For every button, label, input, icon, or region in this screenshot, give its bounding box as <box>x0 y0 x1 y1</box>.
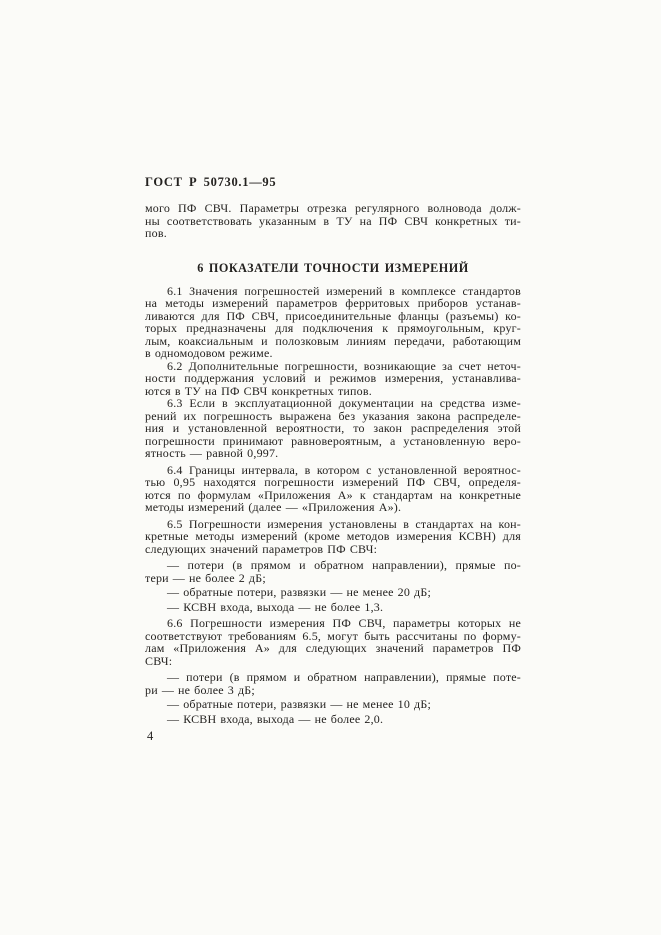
text-line: торых предназначены для подключения к пр… <box>145 322 521 335</box>
text-line: следующих значений параметров ПФ СВЧ: <box>145 543 521 556</box>
text-line: ния и установленной вероятности, то зако… <box>145 422 521 435</box>
text-line: — КСВН входа, выхода — не более 2,0. <box>145 713 521 726</box>
list-item-vswr-2-0: — КСВН входа, выхода — не более 2,0. <box>145 713 521 726</box>
text-line: ности поддержания условий и режимов изме… <box>145 372 521 385</box>
text-line: ятность — равной 0,997. <box>145 447 521 460</box>
list-item-losses-2db: — потери (в прямом и обратном направлени… <box>145 559 521 584</box>
text-line: — обратные потери, развязки — не менее 1… <box>145 698 521 711</box>
section-heading: 6 ПОКАЗАТЕЛИ ТОЧНОСТИ ИЗМЕРЕНИЙ <box>145 262 521 275</box>
document-body: мого ПФ СВЧ. Параметры отрезка регулярно… <box>145 202 521 725</box>
list-item-return-loss-20db: — обратные потери, развязки — не менее 2… <box>145 586 521 599</box>
text-line: 6.6 Погрешности измерения ПФ СВЧ, параме… <box>145 617 521 630</box>
text-line: методы измерений (далее — «Приложения А»… <box>145 501 521 514</box>
page-number: 4 <box>147 729 153 744</box>
paragraph-continuation: мого ПФ СВЧ. Параметры отрезка регулярно… <box>145 202 521 240</box>
text-line: на методы измерений параметров ферритовы… <box>145 297 521 310</box>
text-line: ри — не более 3 дБ; <box>145 684 521 697</box>
text-line: 6.3 Если в эксплуатационной документации… <box>145 397 521 410</box>
text-line: — обратные потери, развязки — не менее 2… <box>145 586 521 599</box>
text-line: — потери (в прямом и обратном направлени… <box>145 671 521 684</box>
text-line: лам «Приложения А» для следующих значени… <box>145 642 521 655</box>
clause-6-3: 6.3 Если в эксплуатационной документации… <box>145 397 521 460</box>
clause-6-4: 6.4 Границы интервала, в котором с устан… <box>145 464 521 514</box>
clause-6-6: 6.6 Погрешности измерения ПФ СВЧ, параме… <box>145 617 521 667</box>
text-line: кретные методы измерений (кроме методов … <box>145 530 521 543</box>
clause-6-2: 6.2 Дополнительные погрешности, возникаю… <box>145 360 521 398</box>
text-line: в одномодовом режиме. <box>145 347 521 360</box>
text-line: пов. <box>145 227 521 240</box>
running-header: ГОСТ Р 50730.1—95 <box>145 175 276 190</box>
clause-6-1: 6.1 Значения погрешностей измерений в ко… <box>145 285 521 360</box>
text-line: СВЧ: <box>145 655 521 668</box>
text-line: тери — не более 2 дБ; <box>145 572 521 585</box>
list-item-return-loss-10db: — обратные потери, развязки — не менее 1… <box>145 698 521 711</box>
text-line: ны соответствовать указанным в ТУ на ПФ … <box>145 215 521 228</box>
text-line: — КСВН входа, выхода — не более 1,3. <box>145 601 521 614</box>
text-line: тью 0,95 находятся погрешности измерений… <box>145 476 521 489</box>
clause-6-5: 6.5 Погрешности измерения установлены в … <box>145 518 521 556</box>
text-line: — потери (в прямом и обратном направлени… <box>145 559 521 572</box>
text-line: мого ПФ СВЧ. Параметры отрезка регулярно… <box>145 202 521 215</box>
list-item-vswr-1-3: — КСВН входа, выхода — не более 1,3. <box>145 601 521 614</box>
list-item-losses-3db: — потери (в прямом и обратном направлени… <box>145 671 521 696</box>
